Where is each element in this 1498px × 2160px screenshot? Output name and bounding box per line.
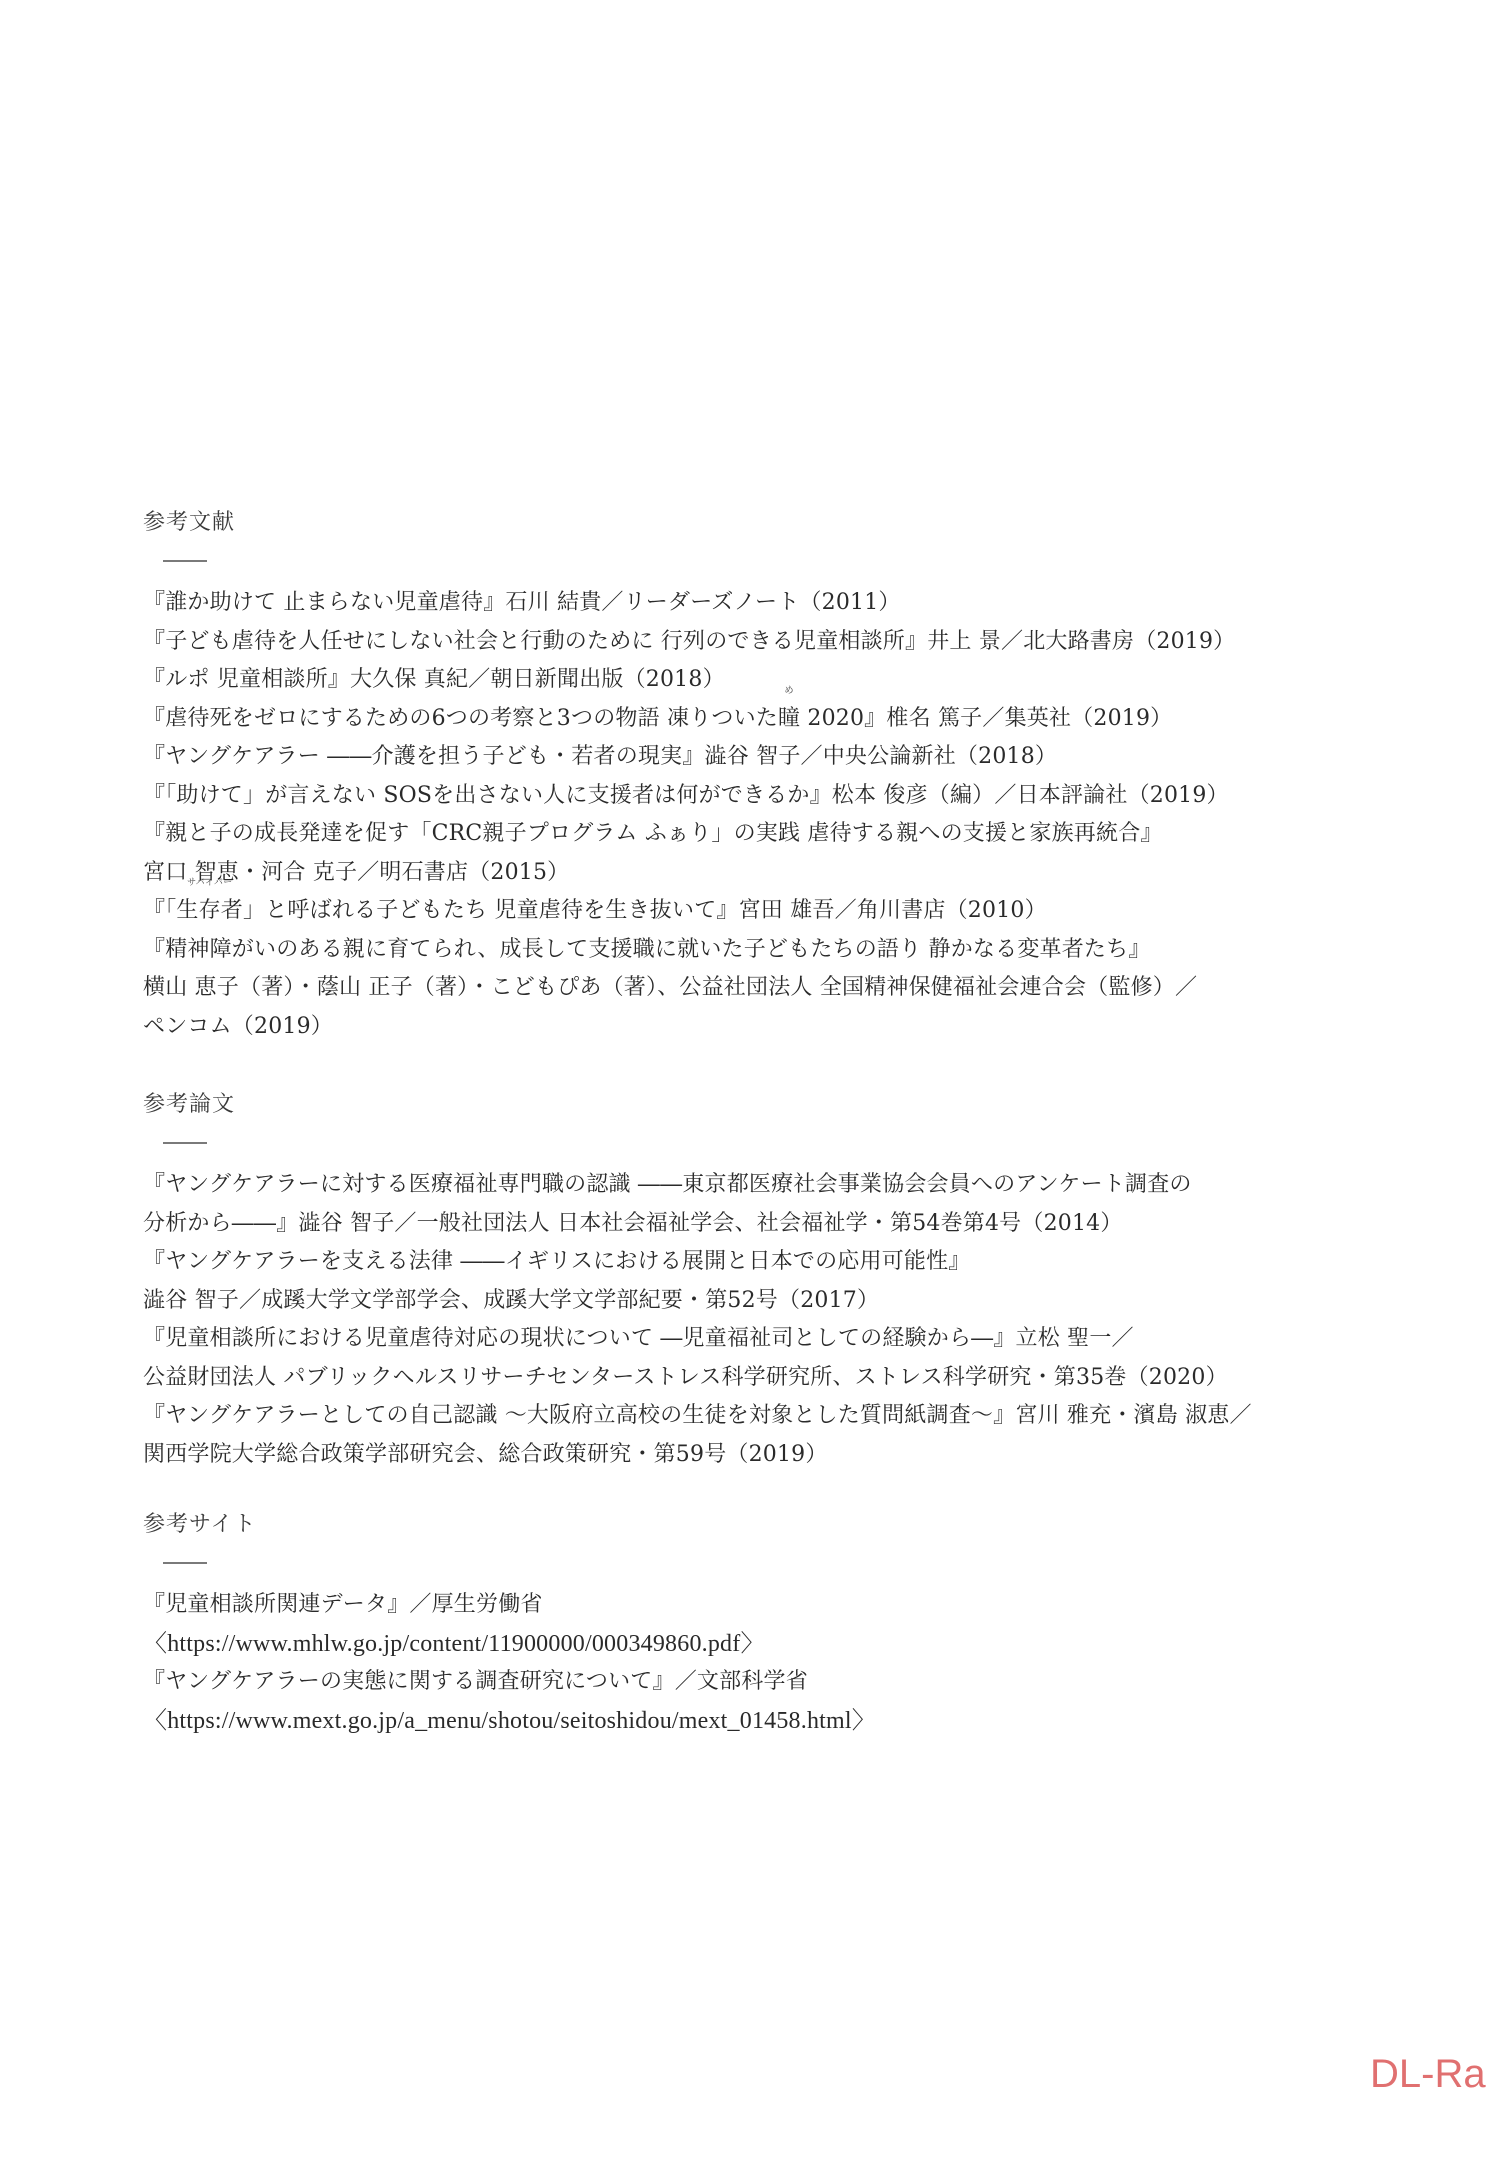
- site-entry-url: 〈https://www.mhlw.go.jp/content/11900000…: [143, 1625, 1343, 1664]
- site-entry-url: 〈https://www.mext.go.jp/a_menu/shotou/se…: [143, 1702, 1343, 1741]
- site-entry-title: 『ヤングケアラーの実態に関する調査研究について』／文部科学省: [143, 1663, 1343, 1702]
- section-references-sites: 参考サイト 『児童相談所関連データ』／厚生労働省 〈https://www.mh…: [143, 1510, 1343, 1740]
- site-entry-title: 『児童相談所関連データ』／厚生労働省: [143, 1586, 1343, 1625]
- section-divider: [163, 1562, 207, 1564]
- book-entry: 『精神障がいのある親に育てられ、成長して支援職に就いた子どもたちの語り 静かなる…: [143, 931, 1343, 970]
- paper-entry-continuation: 公益財団法人 パブリックヘルスリサーチセンターストレス科学研究所、ストレス科学研…: [143, 1359, 1343, 1398]
- section-divider: [163, 1142, 207, 1144]
- paper-list: 『ヤングケアラーに対する医療福祉専門職の認識 ――東京都医療社会事業協会会員への…: [143, 1166, 1343, 1474]
- paper-entry-continuation: 澁谷 智子／成蹊大学文学部学会、成蹊大学文学部紀要・第52号（2017）: [143, 1282, 1343, 1321]
- section-heading-books: 参考文献: [143, 508, 1343, 538]
- ruby-reading: サバイバー: [187, 878, 232, 888]
- section-heading-sites: 参考サイト: [143, 1510, 1343, 1540]
- ruby-base: 瞳: [778, 706, 800, 731]
- reference-page: 参考文献 『誰か助けて 止まらない児童虐待』石川 結貴／リーダーズノート（201…: [0, 0, 1498, 2160]
- book-entry: 『ルポ 児童相談所』大久保 真紀／朝日新聞出版（2018）: [143, 661, 1343, 700]
- entry-text: 」と呼ばれる子どもたち 児童虐待を生き抜いて』宮田 雄吾／角川書店（2010）: [243, 898, 1047, 923]
- entry-text: 『虐待死をゼロにするための6つの考察と3つの物語 凍りついた: [143, 706, 778, 731]
- book-list: 『誰か助けて 止まらない児童虐待』石川 結貴／リーダーズノート（2011） 『子…: [143, 584, 1343, 1046]
- book-entry-continuation: 横山 恵子（著）・蔭山 正子（著）・こどもぴあ（著）、公益社団法人 全国精神保健…: [143, 969, 1343, 1008]
- watermark-text: DL-Ra: [1370, 2050, 1486, 2098]
- book-entry: 『「サバイバー生存者」と呼ばれる子どもたち 児童虐待を生き抜いて』宮田 雄吾／角…: [143, 892, 1343, 931]
- book-entry: 『ヤングケアラー ――介護を担う子ども・若者の現実』澁谷 智子／中央公論新社（2…: [143, 738, 1343, 777]
- book-entry: 『虐待死をゼロにするための6つの考察と3つの物語 凍りついため瞳 2020』椎名…: [143, 700, 1343, 739]
- book-entry: 『子ども虐待を人任せにしない社会と行動のために 行列のできる児童相談所』井上 景…: [143, 623, 1343, 662]
- book-entry: 『「助けて」が言えない SOSを出さない人に支援者は何ができるか』松本 俊彦（編…: [143, 777, 1343, 816]
- paper-entry-continuation: 分析から――』澁谷 智子／一般社団法人 日本社会福祉学会、社会福祉学・第54巻第…: [143, 1205, 1343, 1244]
- ruby-reading: め: [784, 686, 793, 696]
- book-entry-continuation: ペンコム（2019）: [143, 1008, 1343, 1047]
- section-divider: [163, 560, 207, 562]
- book-entry: 『親と子の成長発達を促す「CRC親子プログラム ふぁり」の実践 虐待する親への支…: [143, 815, 1343, 854]
- site-list: 『児童相談所関連データ』／厚生労働省 〈https://www.mhlw.go.…: [143, 1586, 1343, 1740]
- section-references-books: 参考文献 『誰か助けて 止まらない児童虐待』石川 結貴／リーダーズノート（201…: [143, 508, 1343, 1046]
- section-references-papers: 参考論文 『ヤングケアラーに対する医療福祉専門職の認識 ――東京都医療社会事業協…: [143, 1090, 1343, 1474]
- entry-text: 『「: [143, 898, 176, 923]
- paper-entry: 『ヤングケアラーに対する医療福祉専門職の認識 ――東京都医療社会事業協会会員への…: [143, 1166, 1343, 1205]
- ruby-base: 生存者: [176, 898, 243, 923]
- entry-text: 2020』椎名 篤子／集英社（2019）: [800, 706, 1172, 731]
- paper-entry: 『児童相談所における児童虐待対応の現状について ―児童福祉司としての経験から―』…: [143, 1320, 1343, 1359]
- ruby-annotation: サバイバー生存者: [176, 892, 243, 931]
- paper-entry: 『ヤングケアラーを支える法律 ――イギリスにおける展開と日本での応用可能性』: [143, 1243, 1343, 1282]
- paper-entry-continuation: 関西学院大学総合政策学部研究会、総合政策研究・第59号（2019）: [143, 1436, 1343, 1475]
- section-heading-papers: 参考論文: [143, 1090, 1343, 1120]
- book-entry: 『誰か助けて 止まらない児童虐待』石川 結貴／リーダーズノート（2011）: [143, 584, 1343, 623]
- book-entry-continuation: 宮口 智恵・河合 克子／明石書店（2015）: [143, 854, 1343, 893]
- ruby-annotation: め瞳: [778, 700, 800, 739]
- paper-entry: 『ヤングケアラーとしての自己認識 ～大阪府立高校の生徒を対象とした質問紙調査～』…: [143, 1397, 1343, 1436]
